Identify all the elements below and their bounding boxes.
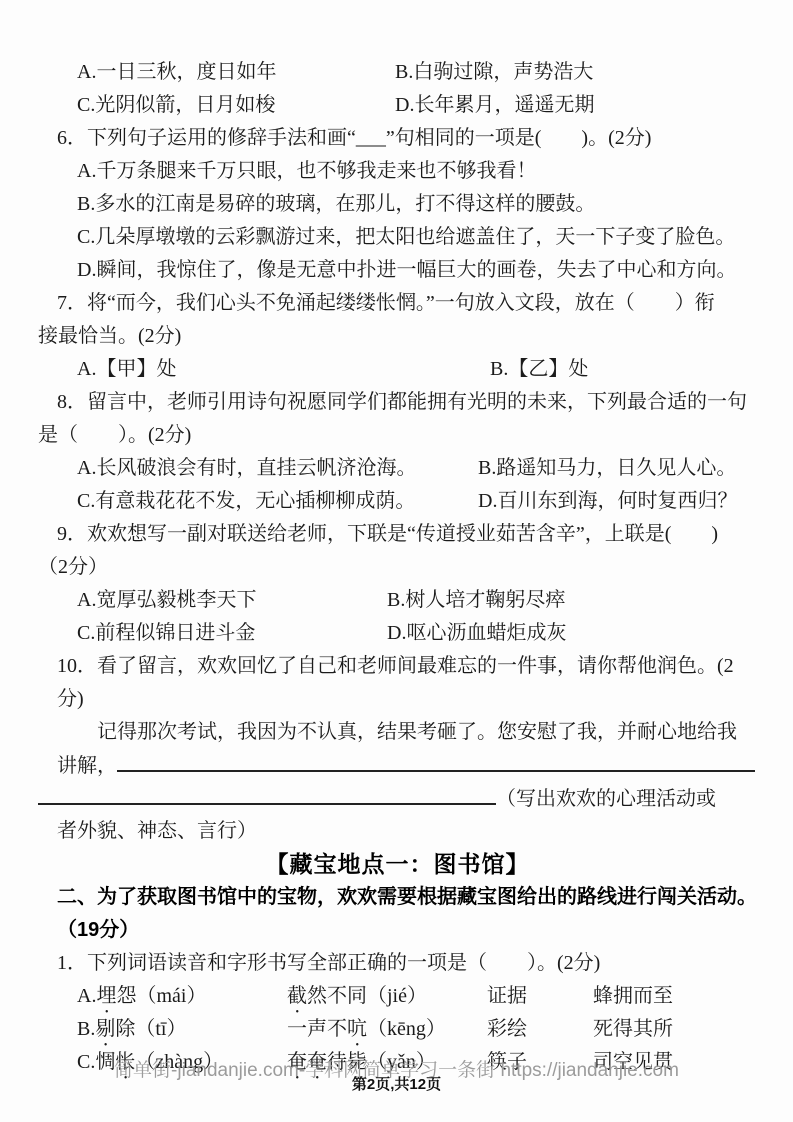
emphasized-char: 剔: [95, 1018, 115, 1040]
q10-paragraph-line2-text: 讲解，: [57, 755, 117, 777]
q6-option-a: A.千万条腿来千万只眼，也不够我走来也不够我看！: [38, 155, 757, 188]
q1-word-1: A.埋怨（mái）: [77, 985, 206, 1007]
q5-option-a: A.一日三秋，度日如年: [77, 61, 276, 83]
q7-option-a: A.【甲】处: [77, 358, 176, 380]
section-intro-line2: （19分）: [38, 914, 757, 947]
q5-option-b: B.白驹过隙，声势浩大: [395, 56, 593, 89]
q10-paragraph-line4: 者外貌、神态、言行）: [38, 815, 757, 848]
q10-paragraph-line2: 讲解，: [38, 749, 757, 782]
q1-option-row-b: B.剔除（tī） 一声不吭（kēng） 彩绘 死得其所: [38, 1013, 757, 1046]
section-title: 【藏宝地点一：图书馆】: [38, 848, 757, 881]
q8-option-b: B.路遥知马力，日久见人心。: [478, 452, 736, 485]
emphasized-char: 截: [287, 985, 307, 1007]
q9-option-b: B.树人培才鞠躬尽瘁: [387, 584, 565, 617]
q8-option-c: C.有意栽花花不发，无心插柳柳成荫。: [77, 490, 415, 512]
q6-option-d: D.瞬间，我惊住了，像是无意中扑进一幅巨大的画卷，失去了中心和方向。: [38, 254, 757, 287]
q5-option-row: C.光阴似箭，日月如梭 D.长年累月，遥遥无期: [38, 89, 757, 122]
q9-option-a: A.宽厚弘毅桃李天下: [77, 589, 256, 611]
q1-word-4: 蜂拥而至: [593, 980, 673, 1013]
q8-stem-line2: 是（ ）。(2分): [38, 419, 757, 452]
q9-option-row: C.前程似锦日进斗金 D.呕心沥血蜡炬成灰: [38, 617, 757, 650]
q10-stem-line2: 分): [38, 683, 757, 716]
answer-blank-line[interactable]: [117, 749, 755, 772]
q9-option-row: A.宽厚弘毅桃李天下 B.树人培才鞠躬尽瘁: [38, 584, 757, 617]
q6-option-c: C.几朵厚墩墩的云彩飘游过来，把太阳也给遮盖住了，天一下子变了脸色。: [38, 221, 757, 254]
q8-stem-line1: 8．留言中，老师引用诗句祝愿同学们都能拥有光明的未来，下列最合适的一句: [38, 386, 757, 419]
page-number: 第2页,共12页: [0, 1077, 793, 1093]
q1-stem: 1．下列词语读音和字形书写全部正确的一项是（ ）。(2分): [38, 947, 757, 980]
q7-stem-line1: 7．将“而今，我们心头不免涌起缕缕怅惘。”一句放入文段，放在（ ）衔: [38, 287, 757, 320]
emphasized-char: 埋: [96, 985, 116, 1007]
exam-paper-page: A.一日三秋，度日如年 B.白驹过隙，声势浩大 C.光阴似箭，日月如梭 D.长年…: [0, 0, 793, 1122]
q9-stem-line1: 9．欢欢想写一副对联送给老师，下联是“传道授业茹苦含辛”，上联是( ): [38, 518, 757, 551]
q7-option-row: A.【甲】处 B.【乙】处: [38, 353, 757, 386]
section-intro-line1: 二、为了获取图书馆中的宝物，欢欢需要根据藏宝图给出的路线进行闯关活动。: [38, 881, 757, 914]
q1-word-3: 证据: [487, 980, 527, 1013]
q1-option-row-a: A.埋怨（mái） 截然不同（jié） 证据 蜂拥而至: [38, 980, 757, 1013]
q5-option-d: D.长年累月，遥遥无期: [395, 89, 594, 122]
q8-option-d: D.百川东到海，何时复西归？: [478, 485, 737, 518]
q6-stem: 6．下列句子运用的修辞手法和画“___”句相同的一项是( )。(2分): [38, 122, 757, 155]
q7-option-b: B.【乙】处: [490, 353, 588, 386]
q10-paragraph-line3-text: （写出欢欢的心理活动或: [496, 788, 716, 810]
q9-option-d: D.呕心沥血蜡炬成灰: [387, 617, 566, 650]
q9-stem-line2: （2分）: [38, 551, 757, 584]
q8-option-a: A.长风破浪会有时，直挂云帆济沧海。: [77, 457, 416, 479]
q5-option-c: C.光阴似箭，日月如梭: [77, 94, 275, 116]
answer-blank-line[interactable]: [38, 782, 496, 805]
q10-stem-line1: 10．看了留言，欢欢回忆了自己和老师间最难忘的一件事，请你帮他润色。(2: [38, 650, 757, 683]
q7-stem-line2: 接最恰当。(2分): [38, 320, 757, 353]
q8-option-row: A.长风破浪会有时，直挂云帆济沧海。 B.路遥知马力，日久见人心。: [38, 452, 757, 485]
q6-option-b: B.多水的江南是易碎的玻璃，在那儿，打不得这样的腰鼓。: [38, 188, 757, 221]
q10-paragraph-line1: 记得那次考试，我因为不认真，结果考砸了。您安慰了我，并耐心地给我: [38, 716, 757, 749]
q1-word-1: B.剔除（tī）: [77, 1018, 186, 1040]
q10-paragraph-line3: （写出欢欢的心理活动或: [38, 782, 757, 815]
exam-content: A.一日三秋，度日如年 B.白驹过隙，声势浩大 C.光阴似箭，日月如梭 D.长年…: [38, 56, 757, 1079]
q5-option-row: A.一日三秋，度日如年 B.白驹过隙，声势浩大: [38, 56, 757, 89]
q9-option-c: C.前程似锦日进斗金: [77, 622, 255, 644]
q8-option-row: C.有意栽花花不发，无心插柳柳成荫。 D.百川东到海，何时复西归？: [38, 485, 757, 518]
q1-word-3: 彩绘: [487, 1013, 527, 1046]
emphasized-char: 吭: [347, 1018, 367, 1040]
q1-word-4: 死得其所: [593, 1013, 673, 1046]
